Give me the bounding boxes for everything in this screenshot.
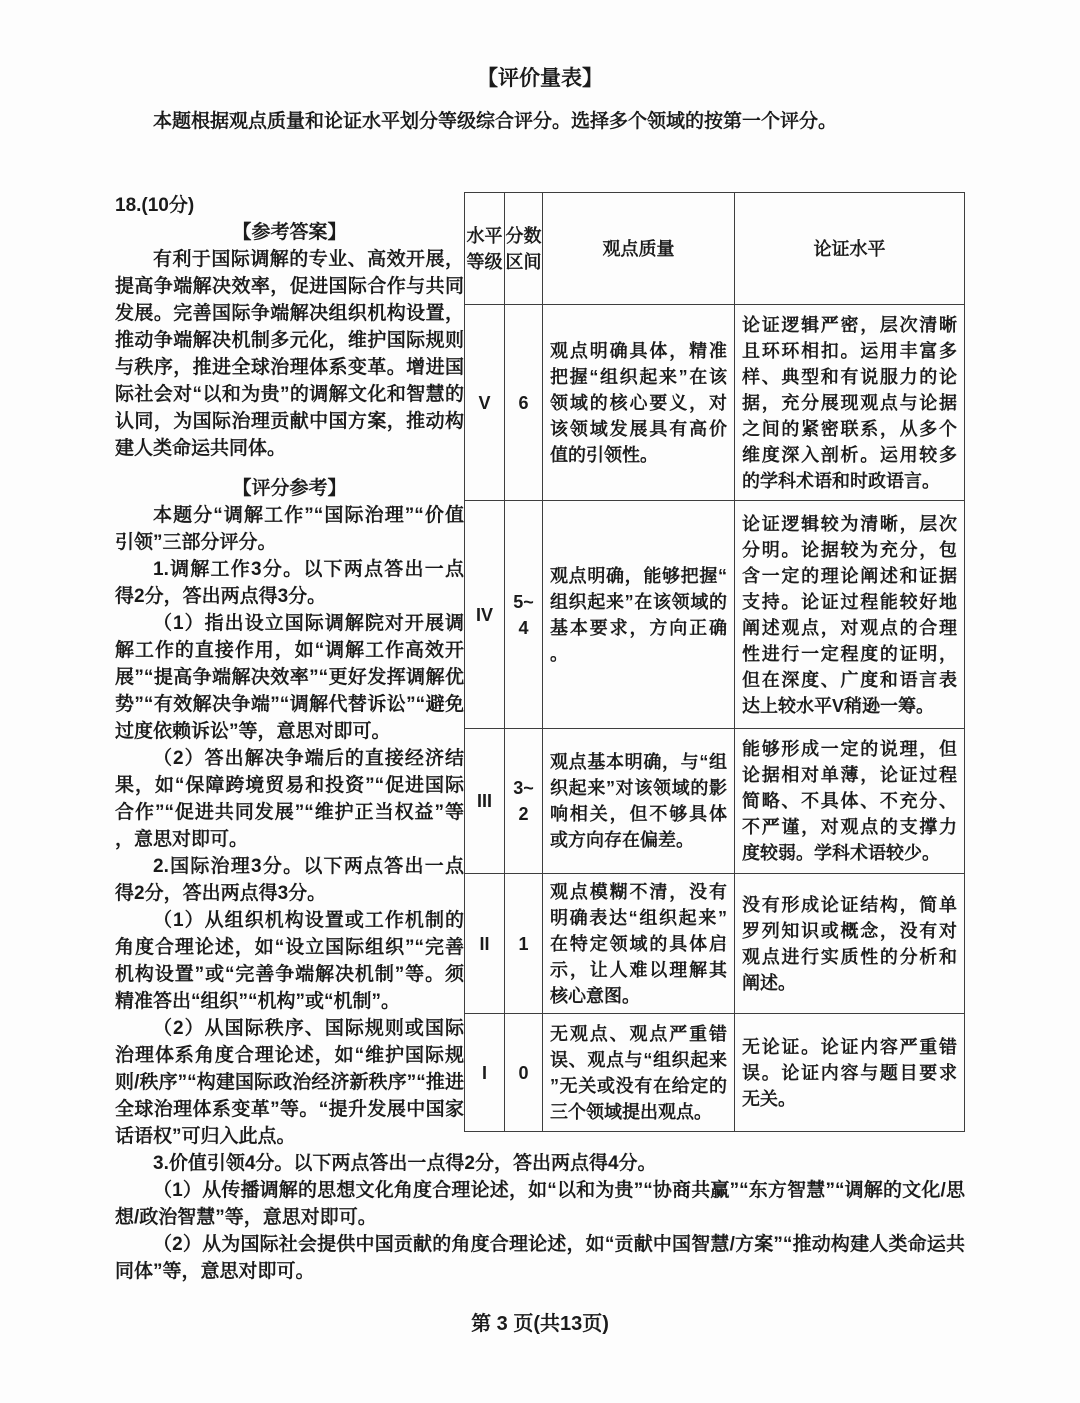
level-cell: III — [465, 729, 505, 874]
quality-cell: 观点明确，能够把握“组织起来”在该领域的基本要求，方向正确。 — [543, 501, 735, 729]
quality-cell: 无观点、观点严重错误、观点与“组织起来”无关或没有在给定的三个领域提出观点。 — [543, 1014, 735, 1132]
level-cell: II — [465, 874, 505, 1014]
scoring-paragraph: （1）从传播调解的思想文化角度合理论述，如“以和为贵”“协商共赢”“东方智慧”“… — [115, 1177, 965, 1231]
header-score: 分数区间 — [505, 193, 543, 305]
quality-cell: 观点模糊不清，没有明确表达“组织起来”在特定领域的具体启示，让人难以理解其核心意… — [543, 874, 735, 1014]
score-cell: 6 — [505, 305, 543, 501]
score-cell: 0 — [505, 1014, 543, 1132]
header-argument: 论证水平 — [735, 193, 965, 305]
intro-text: 本题根据观点质量和论证水平划分等级综合评分。选择多个领域的按第一个评分。 — [115, 108, 965, 135]
argument-cell: 没有形成论证结构，简单罗列知识或概念，没有对观点进行实质性的分析和阐述。 — [735, 874, 965, 1014]
quality-cell: 观点基本明确，与“组织起来”对该领域的影响相关，但不够具体或方向存在偏差。 — [543, 729, 735, 874]
score-cell: 1 — [505, 874, 543, 1014]
header-quality: 观点质量 — [543, 193, 735, 305]
table-header-row: 水平等级 分数区间 观点质量 论证水平 — [465, 193, 965, 305]
table-row-level-iv: IV 5~4 观点明确，能够把握“组织起来”在该领域的基本要求，方向正确。 论证… — [465, 501, 965, 729]
argument-cell: 能够形成一定的说理，但论据相对单薄，论证过程简略、不具体、不充分、不严谨，对观点… — [735, 729, 965, 874]
score-cell: 5~4 — [505, 501, 543, 729]
document-page: 【评价量表】 本题根据观点质量和论证水平划分等级综合评分。选择多个领域的按第一个… — [0, 0, 1080, 1337]
argument-cell: 论证逻辑严密，层次清晰且环环相扣。运用丰富多样、典型和有说服力的论据，充分展现观… — [735, 305, 965, 501]
table-row-level-ii: II 1 观点模糊不清，没有明确表达“组织起来”在特定领域的具体启示，让人难以理… — [465, 874, 965, 1014]
scoring-paragraph: （2）从为国际社会提供中国贡献的角度合理论述，如“贡献中国智慧/方案”“推动构建… — [115, 1231, 965, 1285]
quality-cell: 观点明确具体，精准把握“组织起来”在该领域的核心要义，对该领域发展具有高价值的引… — [543, 305, 735, 501]
scoring-paragraph: 3.价值引领4分。以下两点答出一点得2分，答出两点得4分。 — [115, 1150, 965, 1177]
score-cell: 3~2 — [505, 729, 543, 874]
argument-cell: 无论证。论证内容严重错误。论证内容与题目要求无关。 — [735, 1014, 965, 1132]
header-level: 水平等级 — [465, 193, 505, 305]
level-cell: IV — [465, 501, 505, 729]
page-footer: 第 3 页(共13页) — [115, 1311, 965, 1337]
level-cell: I — [465, 1014, 505, 1132]
page-title: 【评价量表】 — [115, 66, 965, 92]
content-flow: 水平等级 分数区间 观点质量 论证水平 V 6 观点明确具体，精准把握“组织起来… — [115, 192, 965, 1285]
table-row-level-v: V 6 观点明确具体，精准把握“组织起来”在该领域的核心要义，对该领域发展具有高… — [465, 305, 965, 501]
table-row-level-i: I 0 无观点、观点严重错误、观点与“组织起来”无关或没有在给定的三个领域提出观… — [465, 1014, 965, 1132]
table-row-level-iii: III 3~2 观点基本明确，与“组织起来”对该领域的影响相关，但不够具体或方向… — [465, 729, 965, 874]
argument-cell: 论证逻辑较为清晰，层次分明。论据较为充分，包含一定的理论阐述和证据支持。论证过程… — [735, 501, 965, 729]
level-cell: V — [465, 305, 505, 501]
rubric-table: 水平等级 分数区间 观点质量 论证水平 V 6 观点明确具体，精准把握“组织起来… — [464, 192, 965, 1132]
